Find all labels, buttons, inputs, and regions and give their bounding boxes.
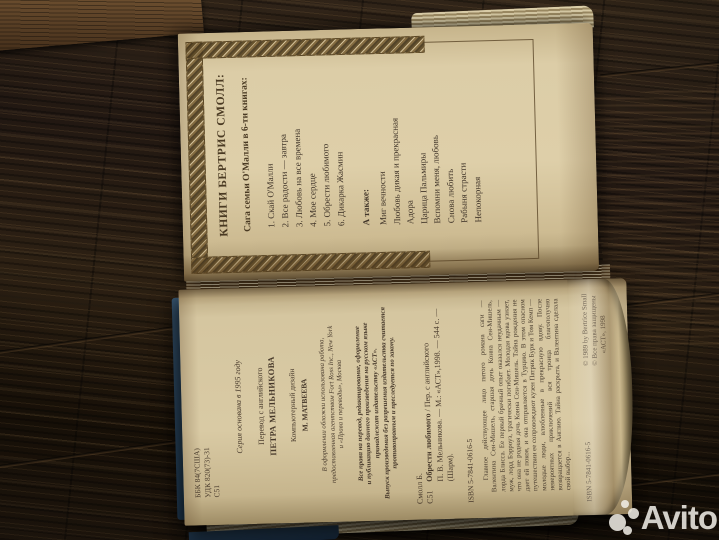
book-list: КНИГИ БЕРТРИС СМОЛЛ: Сага семьи О'Малли …	[214, 52, 486, 251]
catalog-code: С51	[426, 490, 437, 504]
imprint-block: ББК 84(7США) УДК 820(73)-31 С51 Серия ос…	[188, 291, 613, 514]
imprint-page-content: ББК 84(7США) УДК 820(73)-31 С51 Серия ос…	[178, 279, 629, 531]
book-list-page: КНИГИ БЕРТРИС СМОЛЛ: Сага семьи О'Малли …	[178, 23, 599, 282]
also-label: А также:	[357, 55, 371, 225]
page-curl-edge	[567, 278, 635, 516]
wood-seam	[0, 323, 199, 357]
photo-of-open-book: КНИГИ БЕРТРИС СМОЛЛ: Сага семьи О'Малли …	[0, 0, 719, 540]
logo-dot	[628, 508, 639, 519]
catalog-title-rest: / Пер. с английского	[422, 343, 433, 414]
ornamental-border-left	[191, 251, 430, 274]
rights-notice: Все права на перевод, редактирование, оф…	[353, 297, 402, 510]
saga-book-list: 1. Скай О'Малли 2. Все радости — завтра …	[260, 56, 348, 228]
bbk-block: ББК 84(7США) УДК 820(73)-31 С51	[188, 301, 222, 498]
watermark-brand-text: Avito	[641, 498, 717, 538]
book-list-heading: КНИГИ БЕРТРИС СМОЛЛ:	[214, 59, 231, 251]
isbn-line: ISBN 5-7841-0616-5	[461, 295, 476, 503]
imprint-page: ББК 84(7США) УДК 820(73)-31 С51 Серия ос…	[178, 278, 632, 526]
logo-dot	[623, 526, 632, 535]
cover-credit-note: В оформлении обложки использована работа…	[317, 298, 348, 511]
annotation-text: Главное действующее лицо пятого романа с…	[479, 298, 574, 492]
logo-dot	[621, 500, 629, 508]
open-book: КНИГИ БЕРТРИС СМОЛЛ: Сага семьи О'Малли …	[163, 0, 639, 540]
rule-border-left	[428, 258, 538, 262]
also-book-list: Миг вечности Любовь дикая и прекрасная А…	[373, 52, 485, 225]
rule-border-right	[423, 39, 533, 43]
rule-border-bottom	[532, 39, 539, 259]
avito-watermark: Avito	[608, 498, 717, 538]
saga-title: Сага семьи О'Малли в 6-ти книгах:	[239, 58, 254, 250]
avito-logo-icon	[608, 499, 638, 537]
book-list-page-content: КНИГИ БЕРТРИС СМОЛЛ: Сага семьи О'Малли …	[177, 23, 598, 282]
ornamental-border-top	[185, 42, 208, 274]
series-note: Серия основана в 1995 году	[231, 301, 246, 513]
catalog-title: Обрести любимого	[423, 413, 434, 482]
catalog-entry: С51 Смолл Б. Обрести любимого / Пер. с а…	[410, 295, 457, 504]
